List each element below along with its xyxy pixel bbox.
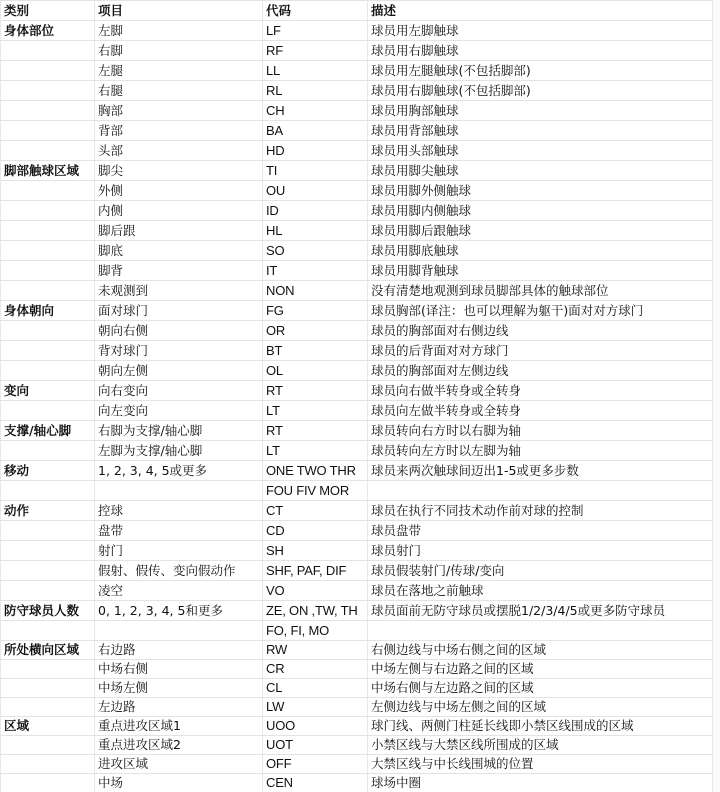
cell-item[interactable]: 左脚为支撑/轴心脚 [95,441,263,461]
table-row: 向左变向LT球员向左做半转身或全转身 [1,401,713,421]
cell-code[interactable]: ZE, ON ,TW, TH [263,601,368,621]
cell-description[interactable]: 球员在执行不同技术动作前对球的控制 [368,501,713,521]
cell-description[interactable]: 球员用头部触球 [368,141,713,161]
cell-item[interactable]: 胸部 [95,101,263,121]
cell-code[interactable]: HL [263,221,368,241]
cell-code[interactable]: HD [263,141,368,161]
cell-item[interactable]: 脚后跟 [95,221,263,241]
cell-code[interactable]: LL [263,61,368,81]
cell-code[interactable]: CL [263,679,368,698]
table-row: 射门SH球员射门 [1,541,713,561]
cell-code[interactable]: CR [263,660,368,679]
cell-code[interactable]: LT [263,401,368,421]
table-row: 变向向右变向RT球员向右做半转身或全转身 [1,381,713,401]
cell-item[interactable]: 左腿 [95,61,263,81]
cell-code[interactable]: RW [263,641,368,660]
cell-category[interactable] [1,521,95,541]
table-row: FOU FIV MOR [1,481,713,501]
cell-item[interactable]: 脚尖 [95,161,263,181]
cell-description[interactable]: 球场中圈 [368,774,713,792]
cell-code[interactable]: SHF, PAF, DIF [263,561,368,581]
cell-item[interactable]: 控球 [95,501,263,521]
cell-description[interactable]: 球员用脚后跟触球 [368,221,713,241]
table-row: 移动1, 2, 3, 4, 5或更多ONE TWO THR球员来两次触球间迈出1… [1,461,713,481]
table-row: 朝向左侧OL球员的胸部面对左侧边线 [1,361,713,381]
cell-description[interactable]: 球员射门 [368,541,713,561]
cell-item[interactable]: 朝向右侧 [95,321,263,341]
cell-category[interactable]: 区域 [1,717,95,736]
table-row: 朝向右侧OR球员的胸部面对右侧边线 [1,321,713,341]
sheet-right-edge [712,0,720,792]
cell-code[interactable]: FO, FI, MO [263,621,368,641]
table-row: 重点进攻区域2UOT小禁区线与大禁区线所围成的区域 [1,736,713,755]
cell-category[interactable]: 身体朝向 [1,301,95,321]
table-row: 内侧ID球员用脚内侧触球 [1,201,713,221]
cell-code[interactable]: SH [263,541,368,561]
cell-code[interactable]: BT [263,341,368,361]
cell-code[interactable]: UOO [263,717,368,736]
cell-category[interactable] [1,321,95,341]
cell-code[interactable]: CD [263,521,368,541]
cell-description[interactable]: 球员转向左方时以左脚为轴 [368,441,713,461]
cell-description[interactable]: 球员用左腿触球(不包括脚部) [368,61,713,81]
cell-item[interactable] [95,621,263,641]
cell-category[interactable] [1,481,95,501]
cell-code[interactable]: LT [263,441,368,461]
table-row: 左腿LL球员用左腿触球(不包括脚部) [1,61,713,81]
table-row: 脚背IT球员用脚背触球 [1,261,713,281]
cell-item[interactable]: 盘带 [95,521,263,541]
cell-category[interactable] [1,241,95,261]
header-code[interactable]: 代码 [263,1,368,21]
table-row: 未观测到NON没有清楚地观测到球员脚部具体的触球部位 [1,281,713,301]
cell-description[interactable]: 大禁区线与中长线围城的位置 [368,755,713,774]
cell-category[interactable] [1,281,95,301]
cell-code[interactable]: LW [263,698,368,717]
table-row: 防守球员人数0, 1, 2, 3, 4, 5和更多ZE, ON ,TW, TH球… [1,601,713,621]
cell-category[interactable] [1,141,95,161]
cell-description[interactable]: 中场右侧与左边路之间的区域 [368,679,713,698]
cell-description[interactable]: 左侧边线与中场左侧之间的区域 [368,698,713,717]
cell-item[interactable]: 未观测到 [95,281,263,301]
cell-category[interactable] [1,660,95,679]
cell-category[interactable] [1,755,95,774]
cell-code[interactable]: OL [263,361,368,381]
cell-description[interactable]: 球员用脚底触球 [368,241,713,261]
cell-code[interactable]: ONE TWO THR [263,461,368,481]
cell-code[interactable]: CT [263,501,368,521]
cell-item[interactable]: 右腿 [95,81,263,101]
cell-description[interactable]: 球员盘带 [368,521,713,541]
cell-code[interactable]: UOT [263,736,368,755]
cell-category[interactable]: 脚部触球区域 [1,161,95,181]
cell-category[interactable] [1,41,95,61]
cell-category[interactable]: 动作 [1,501,95,521]
cell-category[interactable]: 身体部位 [1,21,95,41]
table-row: 外侧OU球员用脚外侧触球 [1,181,713,201]
cell-category[interactable] [1,736,95,755]
cell-description[interactable]: 球员用右脚触球 [368,41,713,61]
table-row: 假射、假传、变向假动作SHF, PAF, DIF球员假装射门/传球/变向 [1,561,713,581]
cell-category[interactable] [1,261,95,281]
table-row: 中场左侧CL中场右侧与左边路之间的区域 [1,679,713,698]
cell-category[interactable] [1,581,95,601]
table-row: 身体朝向面对球门FG球员胸部(译注：也可以理解为躯干)面对对方球门 [1,301,713,321]
table-row: 所处横向区域右边路RW右侧边线与中场右侧之间的区域 [1,641,713,660]
table-row: 凌空VO球员在落地之前触球 [1,581,713,601]
cell-description[interactable]: 球员向左做半转身或全转身 [368,401,713,421]
cell-code[interactable]: LF [263,21,368,41]
cell-category[interactable] [1,121,95,141]
table-row: 背对球门BT球员的后背面对对方球门 [1,341,713,361]
cell-item[interactable]: 朝向左侧 [95,361,263,381]
table-row: 支撑/轴心脚右脚为支撑/轴心脚RT球员转向右方时以右脚为轴 [1,421,713,441]
cell-item[interactable]: 重点进攻区域1 [95,717,263,736]
cell-code[interactable]: OU [263,181,368,201]
cell-code[interactable]: ID [263,201,368,221]
cell-item[interactable]: 向右变向 [95,381,263,401]
cell-code[interactable]: TI [263,161,368,181]
table-row: 右脚RF球员用右脚触球 [1,41,713,61]
cell-category[interactable] [1,698,95,717]
cell-item[interactable]: 中场左侧 [95,679,263,698]
cell-description[interactable]: 球员在落地之前触球 [368,581,713,601]
cell-category[interactable] [1,221,95,241]
cell-description[interactable]: 球员面前无防守球员或摆脱1/2/3/4/5或更多防守球员 [368,601,713,621]
cell-item[interactable]: 向左变向 [95,401,263,421]
cell-item[interactable]: 背对球门 [95,341,263,361]
table-row: 脚后跟HL球员用脚后跟触球 [1,221,713,241]
header-row: 类别 项目 代码 描述 [1,1,713,21]
cell-category[interactable]: 支撑/轴心脚 [1,421,95,441]
header-description[interactable]: 描述 [368,1,713,21]
table-row: 左脚为支撑/轴心脚LT球员转向左方时以左脚为轴 [1,441,713,461]
cell-item[interactable]: 1, 2, 3, 4, 5或更多 [95,461,263,481]
cell-code[interactable]: CH [263,101,368,121]
cell-category[interactable] [1,81,95,101]
cell-category[interactable] [1,341,95,361]
cell-code[interactable]: FG [263,301,368,321]
table-row: 盘带CD球员盘带 [1,521,713,541]
cell-description[interactable]: 球员用脚尖触球 [368,161,713,181]
cell-code[interactable]: RT [263,381,368,401]
table-row: 胸部CH球员用胸部触球 [1,101,713,121]
table-row: 身体部位左脚LF球员用左脚触球 [1,21,713,41]
cell-description[interactable]: 球员来两次触球间迈出1-5或更多步数 [368,461,713,481]
cell-description[interactable]: 球员转向右方时以右脚为轴 [368,421,713,441]
cell-item[interactable]: 外侧 [95,181,263,201]
cell-description[interactable]: 球员的后背面对对方球门 [368,341,713,361]
cell-item[interactable]: 凌空 [95,581,263,601]
cell-category[interactable]: 移动 [1,461,95,481]
cell-description[interactable]: 没有清楚地观测到球员脚部具体的触球部位 [368,281,713,301]
table-row: FO, FI, MO [1,621,713,641]
cell-item[interactable]: 头部 [95,141,263,161]
cell-description[interactable]: 小禁区线与大禁区线所围成的区域 [368,736,713,755]
cell-code[interactable]: RF [263,41,368,61]
cell-category[interactable] [1,101,95,121]
cell-code[interactable]: CEN [263,774,368,792]
cell-code[interactable]: NON [263,281,368,301]
cell-code[interactable]: RL [263,81,368,101]
table-row: 脚底SO球员用脚底触球 [1,241,713,261]
cell-description[interactable]: 中场左侧与右边路之间的区域 [368,660,713,679]
table-row: 区域重点进攻区域1UOO球门线、两侧门柱延长线即小禁区线围成的区域 [1,717,713,736]
table-row: 动作控球CT球员在执行不同技术动作前对球的控制 [1,501,713,521]
table-row: 头部HD球员用头部触球 [1,141,713,161]
cell-category[interactable] [1,401,95,421]
cell-category[interactable]: 所处横向区域 [1,641,95,660]
cell-code[interactable]: SO [263,241,368,261]
cell-category[interactable] [1,621,95,641]
cell-description[interactable]: 球门线、两侧门柱延长线即小禁区线围成的区域 [368,717,713,736]
cell-description[interactable]: 球员假装射门/传球/变向 [368,561,713,581]
cell-code[interactable]: VO [263,581,368,601]
header-category[interactable]: 类别 [1,1,95,21]
cell-code[interactable]: OR [263,321,368,341]
cell-description[interactable]: 球员向右做半转身或全转身 [368,381,713,401]
cell-item[interactable]: 0, 1, 2, 3, 4, 5和更多 [95,601,263,621]
cell-item[interactable]: 右边路 [95,641,263,660]
cell-description[interactable] [368,481,713,501]
cell-category[interactable] [1,561,95,581]
cell-item[interactable]: 重点进攻区域2 [95,736,263,755]
cell-description[interactable]: 球员用右脚触球(不包括脚部) [368,81,713,101]
cell-item[interactable]: 中场右侧 [95,660,263,679]
cell-category[interactable]: 变向 [1,381,95,401]
cell-category[interactable] [1,201,95,221]
cell-code[interactable]: OFF [263,755,368,774]
cell-item[interactable]: 右脚为支撑/轴心脚 [95,421,263,441]
cell-code[interactable]: RT [263,421,368,441]
cell-item[interactable]: 右脚 [95,41,263,61]
cell-description[interactable] [368,621,713,641]
table-row: 进攻区域OFF大禁区线与中长线围城的位置 [1,755,713,774]
cell-description[interactable]: 球员胸部(译注：也可以理解为躯干)面对对方球门 [368,301,713,321]
cell-description[interactable]: 球员的胸部面对右侧边线 [368,321,713,341]
cell-description[interactable]: 球员用左脚触球 [368,21,713,41]
cell-item[interactable]: 面对球门 [95,301,263,321]
cell-description[interactable]: 球员用脚背触球 [368,261,713,281]
table-row: 左边路LW左侧边线与中场左侧之间的区域 [1,698,713,717]
cell-category[interactable] [1,441,95,461]
cell-description[interactable]: 球员用脚外侧触球 [368,181,713,201]
cell-item[interactable]: 左边路 [95,698,263,717]
header-item[interactable]: 项目 [95,1,263,21]
cell-category[interactable] [1,61,95,81]
cell-category[interactable]: 防守球员人数 [1,601,95,621]
cell-code[interactable]: BA [263,121,368,141]
cell-item[interactable]: 假射、假传、变向假动作 [95,561,263,581]
table-row: 中场右侧CR中场左侧与右边路之间的区域 [1,660,713,679]
cell-item[interactable]: 左脚 [95,21,263,41]
cell-description[interactable]: 球员的胸部面对左侧边线 [368,361,713,381]
cell-item[interactable]: 进攻区域 [95,755,263,774]
cell-code[interactable]: FOU FIV MOR [263,481,368,501]
table-row: 右腿RL球员用右脚触球(不包括脚部) [1,81,713,101]
cell-category[interactable] [1,541,95,561]
cell-description[interactable]: 球员用背部触球 [368,121,713,141]
cell-item[interactable]: 脚背 [95,261,263,281]
cell-description[interactable]: 球员用脚内侧触球 [368,201,713,221]
cell-category[interactable] [1,361,95,381]
cell-category[interactable] [1,679,95,698]
cell-item[interactable] [95,481,263,501]
cell-item[interactable]: 射门 [95,541,263,561]
cell-item[interactable]: 脚底 [95,241,263,261]
cell-description[interactable]: 右侧边线与中场右侧之间的区域 [368,641,713,660]
cell-item[interactable]: 内侧 [95,201,263,221]
table-row: 背部BA球员用背部触球 [1,121,713,141]
table-row: 中场CEN球场中圈 [1,774,713,792]
cell-category[interactable] [1,774,95,792]
cell-description[interactable]: 球员用胸部触球 [368,101,713,121]
table-row: 脚部触球区域脚尖TI球员用脚尖触球 [1,161,713,181]
code-table: 类别 项目 代码 描述 身体部位左脚LF球员用左脚触球右脚RF球员用右脚触球左腿… [0,0,713,792]
cell-category[interactable] [1,181,95,201]
cell-item[interactable]: 背部 [95,121,263,141]
cell-code[interactable]: IT [263,261,368,281]
cell-item[interactable]: 中场 [95,774,263,792]
